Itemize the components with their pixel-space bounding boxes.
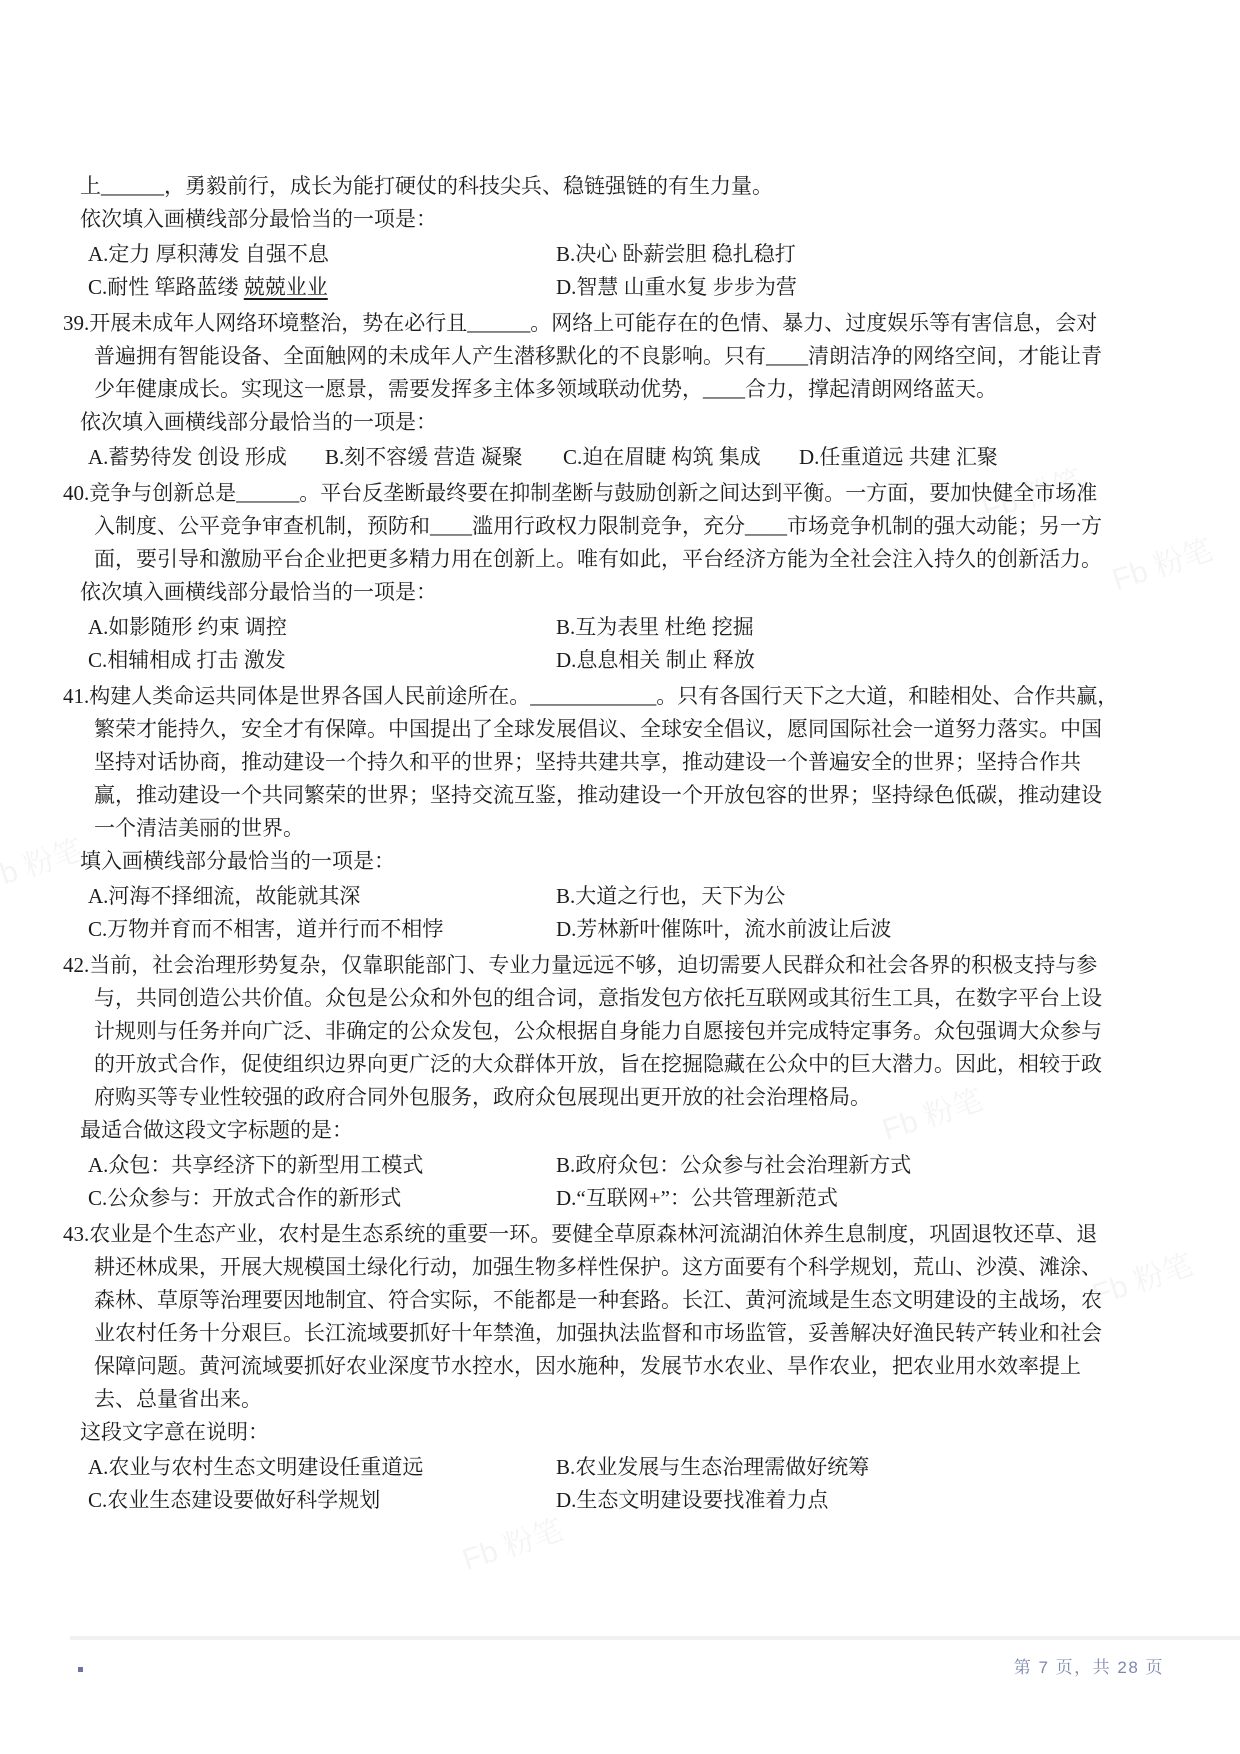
question-39: 39.开展未成年人网络环境整治，势在必行且______。网络上可能存在的色情、暴…: [63, 307, 1183, 474]
options-grid: A.定力 厚积薄发 自强不息 B.决心 卧薪尝胆 稳扎稳打 C.耐性 筚路蓝缕 …: [63, 238, 1183, 304]
option-d: D.智慧 山重水复 步步为营: [556, 271, 1183, 304]
options-row: A.蓄势待发 创设 形成 B.刻不容缓 营造 凝聚 C.迫在眉睫 构筑 集成 D…: [63, 441, 1183, 474]
option-c: C.公众参与：开放式合作的新形式: [88, 1182, 556, 1215]
question-number: 39.: [63, 311, 89, 335]
option-a: A.农业与农村生态文明建设任重道远: [88, 1451, 556, 1484]
question-stem-line: 普遍拥有智能设备、全面触网的未成年人产生潜移默化的不良影响。只有____清朗洁净…: [63, 340, 1183, 373]
question-stem-line: 业农村任务十分艰巨。长江流域要抓好十年禁渔，加强执法监督和市场监管，妥善解决好渔…: [63, 1317, 1183, 1350]
question-stem-line: 41.构建人类命运共同体是世界各国人民前途所在。____________。只有各…: [63, 680, 1183, 713]
option-a: A.蓄势待发 创设 形成: [88, 441, 325, 474]
footer-bullet-icon: [78, 1667, 83, 1672]
option-d: D.任重道远 共建 汇聚: [799, 441, 1183, 474]
question-stem-line: 坚持对话协商，推动建设一个持久和平的世界；坚持共建共享，推动建设一个普遍安全的世…: [63, 746, 1183, 779]
question-prompt: 依次填入画横线部分最恰当的一项是：: [63, 203, 1183, 236]
question-stem-line: 入制度、公平竞争审查机制，预防和____滥用行政权力限制竞争，充分____市场竞…: [63, 510, 1183, 543]
question-stem-line: 一个清洁美丽的世界。: [63, 812, 1183, 845]
option-c: C.农业生态建设要做好科学规划: [88, 1484, 556, 1517]
underlined-answer: 兢兢业业: [244, 275, 328, 299]
question-stem-line: 42.当前，社会治理形势复杂，仅靠职能部门、专业力量远远不够，迫切需要人民群众和…: [63, 949, 1183, 982]
option-c: C.相辅相成 打击 激发: [88, 644, 556, 677]
option-d: D.“互联网+”：公共管理新范式: [556, 1182, 1183, 1215]
option-b: B.政府众包：公众参与社会治理新方式: [556, 1149, 1183, 1182]
question-stem-line: 府购买等专业性较强的政府合同外包服务，政府众包展现出更开放的社会治理格局。: [63, 1081, 1183, 1114]
question-stem-line: 的开放式合作，促使组织边界向更广泛的大众群体开放，旨在挖掘隐藏在公众中的巨大潜力…: [63, 1048, 1183, 1081]
question-prompt: 填入画横线部分最恰当的一项是：: [63, 845, 1183, 878]
option-b: B.决心 卧薪尝胆 稳扎稳打: [556, 238, 1183, 271]
question-stem-line: 去、总量省出来。: [63, 1383, 1183, 1416]
option-a: A.河海不择细流，故能就其深: [88, 880, 556, 913]
page-number: 第 7 页，共 28 页: [1014, 1653, 1164, 1678]
question-stem-line: 上______，勇毅前行，成长为能打硬仗的科技尖兵、稳链强链的有生力量。: [63, 170, 1183, 203]
option-a: A.众包：共享经济下的新型用工模式: [88, 1149, 556, 1182]
option-a: A.如影随形 约束 调控: [88, 611, 556, 644]
option-a: A.定力 厚积薄发 自强不息: [88, 238, 556, 271]
question-stem-line: 保障问题。黄河流域要抓好农业深度节水控水，因水施种，发展节水农业、旱作农业，把农…: [63, 1350, 1183, 1383]
question-number: 41.: [63, 684, 89, 708]
question-41: 41.构建人类命运共同体是世界各国人民前途所在。____________。只有各…: [63, 680, 1183, 946]
option-c: C.万物并育而不相害，道并行而不相悖: [88, 913, 556, 946]
question-stem-line: 39.开展未成年人网络环境整治，势在必行且______。网络上可能存在的色情、暴…: [63, 307, 1183, 340]
question-stem-line: 与，共同创造公共价值。众包是公众和外包的组合词，意指发包方依托互联网或其衍生工具…: [63, 982, 1183, 1015]
question-stem-line: 森林、草原等治理要因地制宜、符合实际，不能都是一种套路。长江、黄河流域是生态文明…: [63, 1284, 1183, 1317]
option-c: C.耐性 筚路蓝缕 兢兢业业: [88, 271, 556, 304]
option-b: B.大道之行也，天下为公: [556, 880, 1183, 913]
question-number: 43.: [63, 1222, 89, 1246]
question-40: 40.竞争与创新总是______。平台反垄断最终要在抑制垄断与鼓励创新之间达到平…: [63, 477, 1183, 677]
question-prompt: 最适合做这段文字标题的是：: [63, 1114, 1183, 1147]
question-stem-line: 面，要引导和激励平台企业把更多精力用在创新上。唯有如此，平台经济方能为全社会注入…: [63, 543, 1183, 576]
question-stem-line: 40.竞争与创新总是______。平台反垄断最终要在抑制垄断与鼓励创新之间达到平…: [63, 477, 1183, 510]
options-grid: A.众包：共享经济下的新型用工模式 B.政府众包：公众参与社会治理新方式 C.公…: [63, 1149, 1183, 1215]
option-d: D.息息相关 制止 释放: [556, 644, 1183, 677]
options-grid: A.如影随形 约束 调控 B.互为表里 杜绝 挖掘 C.相辅相成 打击 激发 D…: [63, 611, 1183, 677]
options-grid: A.农业与农村生态文明建设任重道远 B.农业发展与生态治理需做好统筹 C.农业生…: [63, 1451, 1183, 1517]
option-b: B.刻不容缓 营造 凝聚: [325, 441, 563, 474]
exam-page: Fb 粉笔 Fb 粉笔 Fb 粉笔 Fb 粉笔 Fb 粉笔 Fb 粉笔 上___…: [0, 0, 1240, 1754]
question-stem-line: 繁荣才能持久，安全才有保障。中国提出了全球发展倡议、全球安全倡议，愿同国际社会一…: [63, 713, 1183, 746]
question-43: 43.农业是个生态产业，农村是生态系统的重要一环。要健全草原森林河流湖泊休养生息…: [63, 1218, 1183, 1517]
question-stem-line: 43.农业是个生态产业，农村是生态系统的重要一环。要健全草原森林河流湖泊休养生息…: [63, 1218, 1183, 1251]
option-c: C.迫在眉睫 构筑 集成: [563, 441, 799, 474]
question-stem-line: 少年健康成长。实现这一愿景，需要发挥多主体多领域联动优势，____合力，撑起清朗…: [63, 373, 1183, 406]
question-prompt: 依次填入画横线部分最恰当的一项是：: [63, 576, 1183, 609]
options-grid: A.河海不择细流，故能就其深 B.大道之行也，天下为公 C.万物并育而不相害，道…: [63, 880, 1183, 946]
option-b: B.农业发展与生态治理需做好统筹: [556, 1451, 1183, 1484]
question-prompt: 依次填入画横线部分最恰当的一项是：: [63, 406, 1183, 439]
question-38-tail: 上______，勇毅前行，成长为能打硬仗的科技尖兵、稳链强链的有生力量。 依次填…: [63, 170, 1183, 304]
question-42: 42.当前，社会治理形势复杂，仅靠职能部门、专业力量远远不够，迫切需要人民群众和…: [63, 949, 1183, 1215]
question-number: 40.: [63, 481, 89, 505]
question-stem-line: 计规则与任务并向广泛、非确定的公众发包，公众根据自身能力自愿接包并完成特定事务。…: [63, 1015, 1183, 1048]
question-number: 42.: [63, 953, 89, 977]
option-d: D.芳林新叶催陈叶，流水前波让后波: [556, 913, 1183, 946]
question-prompt: 这段文字意在说明：: [63, 1416, 1183, 1449]
question-stem-line: 赢，推动建设一个共同繁荣的世界；坚持交流互鉴，推动建设一个开放包容的世界；坚持绿…: [63, 779, 1183, 812]
option-d: D.生态文明建设要找准着力点: [556, 1484, 1183, 1517]
question-stem-line: 耕还林成果，开展大规模国土绿化行动，加强生物多样性保护。这方面要有个科学规划，荒…: [63, 1251, 1183, 1284]
footer-divider: [70, 1636, 1240, 1640]
page-content: 上______，勇毅前行，成长为能打硬仗的科技尖兵、稳链强链的有生力量。 依次填…: [63, 170, 1183, 1520]
option-b: B.互为表里 杜绝 挖掘: [556, 611, 1183, 644]
